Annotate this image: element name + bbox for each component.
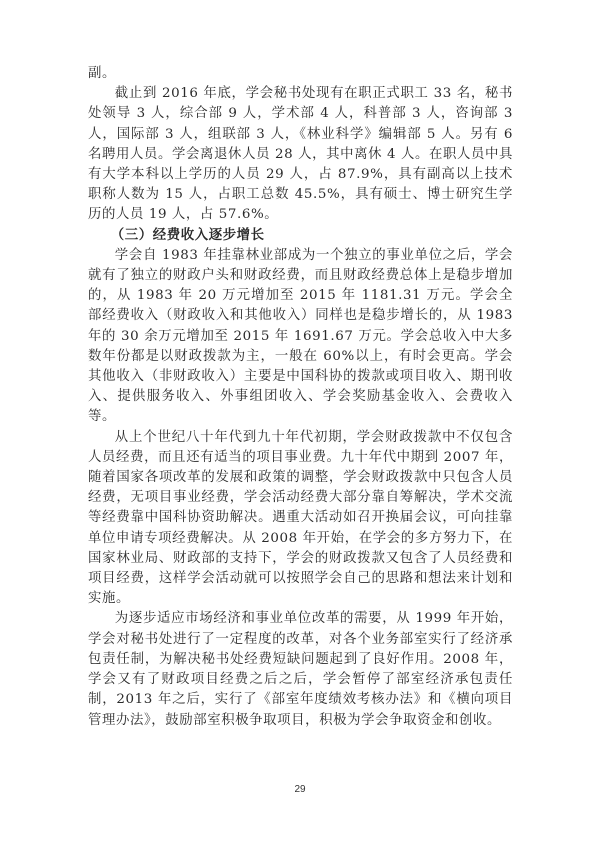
- document-page: 副。 截止到 2016 年底，学会秘书处现有在职正式职工 33 名，秘书处领导 …: [88, 64, 513, 731]
- paragraph-staff-statistics: 截止到 2016 年底，学会秘书处现有在职正式职工 33 名，秘书处领导 3 人…: [88, 84, 513, 225]
- section-heading-funding-growth: （三）经费收入逐步增长: [88, 226, 513, 246]
- paragraph-reform: 为逐步适应市场经济和事业单位改革的需要，从 1999 年开始，学会对秘书处进行了…: [88, 609, 513, 730]
- paragraph-funding-history: 学会自 1983 年挂靠林业部成为一个独立的事业单位之后，学会就有了独立的财政户…: [88, 246, 513, 428]
- page-number: 29: [0, 784, 600, 795]
- paragraph-continuation: 副。: [88, 64, 513, 84]
- paragraph-appropriation-changes: 从上个世纪八十年代到九十年代初期，学会财政拨款中不仅包含人员经费，而且还有适当的…: [88, 428, 513, 610]
